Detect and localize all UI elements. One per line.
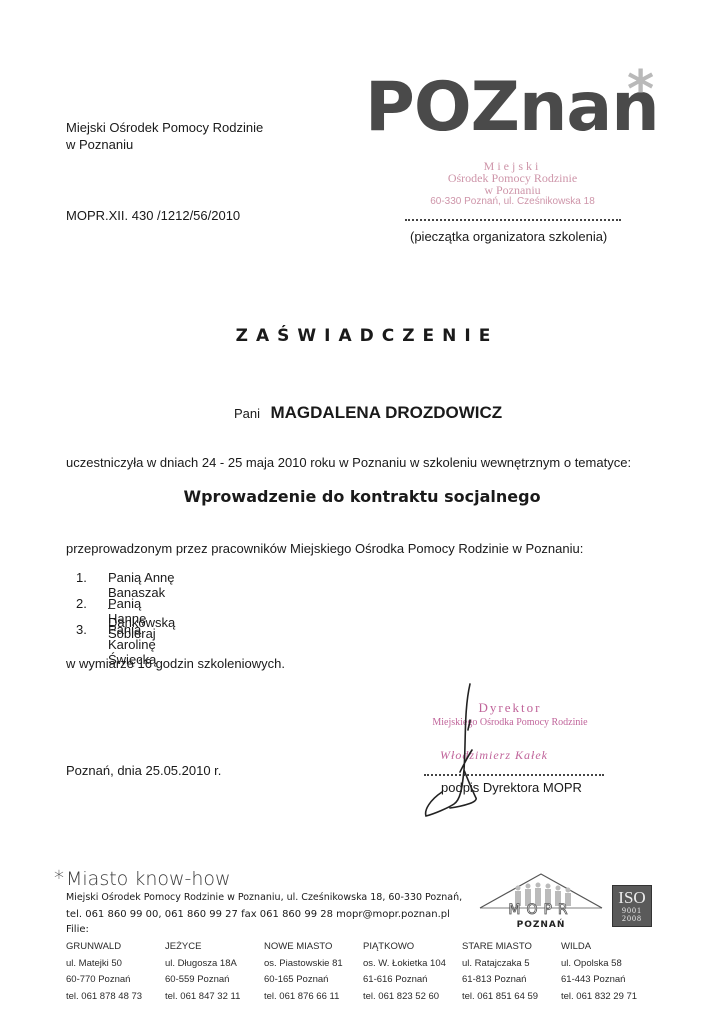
poznan-logo-text: POZnan — [365, 76, 659, 140]
branch-street: os. W. Łokietka 104 — [363, 956, 446, 973]
branch-grunwald: GRUNWALD ul. Matejki 50 60-770 Poznań te… — [66, 939, 142, 1005]
organization-name-line1: Miejski Ośrodek Pomocy Rodzinie — [66, 119, 263, 136]
organization-name-line2: w Poznaniu — [66, 136, 263, 153]
stamp-line5-faded — [410, 208, 615, 214]
training-topic: Wprowadzenie do kontraktu socjalnego — [0, 487, 724, 506]
mopr-city: POZNAŃ — [517, 918, 566, 930]
recipient-name: MAGDALENA DROZDOWICZ — [270, 403, 502, 422]
branch-street: ul. Ratajczaka 5 — [462, 956, 538, 973]
branch-phone: tel. 061 832 29 71 — [561, 989, 637, 1006]
participation-text: uczestniczyła w dniach 24 - 25 maja 2010… — [66, 455, 631, 470]
branch-name: STARE MIASTO — [462, 939, 538, 956]
footer-address: Miejski Ośrodek Pomocy Rodzinie w Poznan… — [66, 892, 462, 903]
branch-city: 61-813 Poznań — [462, 972, 538, 989]
branch-stare-miasto: STARE MIASTO ul. Ratajczaka 5 61-813 Poz… — [462, 939, 538, 1005]
poznan-logo: POZnan * — [365, 66, 665, 146]
list-number: 3. — [76, 622, 87, 637]
stamp-dotted-line — [405, 219, 621, 221]
branch-name: WILDA — [561, 939, 637, 956]
stamp-caption: (pieczątka organizatora szkolenia) — [410, 229, 607, 244]
branch-city: 60-559 Poznań — [165, 972, 240, 989]
iso-label: ISO — [613, 889, 651, 907]
branch-phone: tel. 061 876 66 11 — [264, 989, 343, 1006]
stamp-line3: w Poznaniu — [410, 184, 615, 196]
mopr-logo: MOPR POZNAŃ — [476, 870, 606, 930]
branch-phone: tel. 061 847 32 11 — [165, 989, 240, 1006]
branch-phone: tel. 061 823 52 60 — [363, 989, 446, 1006]
stamp-line4: 60-330 Poznań, ul. Cześnikowska 18 — [410, 196, 615, 208]
branch-city: 60-770 Poznań — [66, 972, 142, 989]
branch-street: ul. Matejki 50 — [66, 956, 142, 973]
branch-piatkowo: PIĄTKOWO os. W. Łokietka 104 61-616 Pozn… — [363, 939, 446, 1005]
branch-phone: tel. 061 851 64 59 — [462, 989, 538, 1006]
footer-brand-text: Miasto know-how — [66, 868, 231, 890]
recipient-prefix: Pani — [234, 406, 260, 421]
reference-number: MOPR.XII. 430 /1212/56/2010 — [66, 208, 240, 223]
branch-city: 61-616 Poznań — [363, 972, 446, 989]
branch-street: ul. Opolska 58 — [561, 956, 637, 973]
recipient: Pani MAGDALENA DROZDOWICZ — [234, 403, 502, 423]
footer-branches-label: Filie: — [66, 924, 89, 935]
branch-city: 60-165 Poznań — [264, 972, 343, 989]
branch-nowe-miasto: NOWE MIASTO os. Piastowskie 81 60-165 Po… — [264, 939, 343, 1005]
branch-phone: tel. 061 878 48 73 — [66, 989, 142, 1006]
branch-name: PIĄTKOWO — [363, 939, 446, 956]
branch-name: NOWE MIASTO — [264, 939, 343, 956]
list-number: 1. — [76, 570, 87, 585]
mopr-letters: MOPR — [508, 902, 573, 918]
training-hours: w wymiarze 16 godzin szkoleniowych. — [66, 656, 285, 671]
organizer-stamp: Miejski Ośrodek Pomocy Rodzinie w Poznan… — [410, 160, 615, 214]
branch-city: 61-443 Poznań — [561, 972, 637, 989]
footer-contact: tel. 061 860 99 00, 061 860 99 27 fax 06… — [66, 909, 450, 920]
asterisk-icon: * — [627, 64, 654, 116]
document-title: ZAŚWIADCZENIE — [0, 326, 724, 346]
branch-jezyce: JEŻYCE ul. Długosza 18A 60-559 Poznań te… — [165, 939, 240, 1005]
conducted-by-text: przeprowadzonym przez pracowników Miejsk… — [66, 541, 583, 556]
footer-brand: *Miasto know-how — [54, 866, 231, 890]
iso-year: 2008 — [613, 915, 651, 923]
branch-wilda: WILDA ul. Opolska 58 61-443 Poznań tel. … — [561, 939, 637, 1005]
place-and-date: Poznań, dnia 25.05.2010 r. — [66, 763, 221, 778]
branch-name: JEŻYCE — [165, 939, 240, 956]
branch-street: os. Piastowskie 81 — [264, 956, 343, 973]
organization-name: Miejski Ośrodek Pomocy Rodzinie w Poznan… — [66, 119, 263, 153]
handwritten-signature — [420, 680, 510, 820]
list-number: 2. — [76, 596, 87, 611]
branch-street: ul. Długosza 18A — [165, 956, 240, 973]
asterisk-icon: * — [54, 866, 64, 890]
iso-certification-logo: ISO 9001 2008 — [612, 885, 652, 927]
branch-name: GRUNWALD — [66, 939, 142, 956]
